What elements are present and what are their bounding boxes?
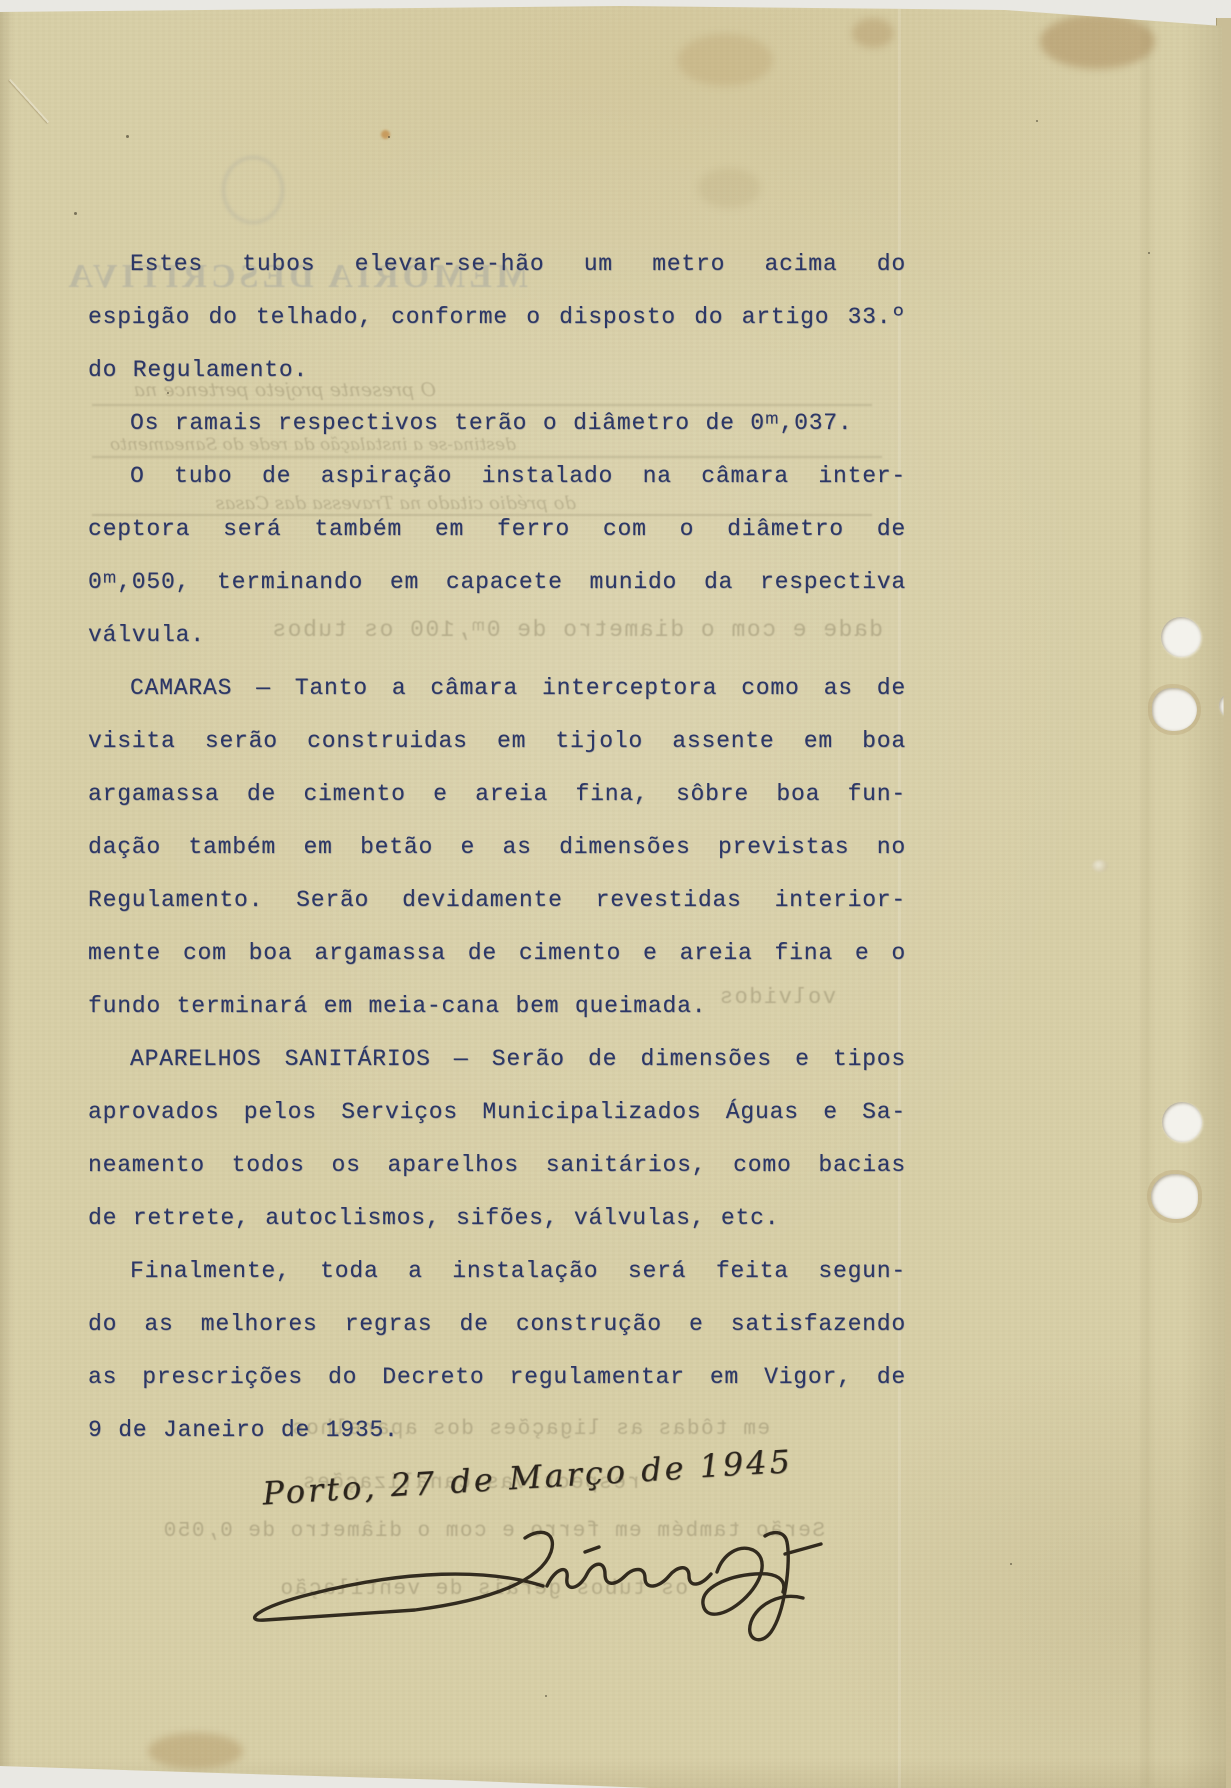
stain bbox=[1040, 14, 1155, 69]
typed-line: dação também em betão e as dimensões pre… bbox=[88, 821, 906, 874]
typed-line: Regulamento. Serão devidamente revestida… bbox=[88, 874, 906, 927]
typed-line: ceptora será também em ferro com o diâme… bbox=[88, 503, 906, 556]
typed-line: do as melhores regras de construção e sa… bbox=[88, 1298, 906, 1351]
paper-streak bbox=[1142, 0, 1151, 1788]
paper-sheet: MEMÓRIA DESCRITIVAO presente projeto per… bbox=[0, 0, 1231, 1788]
typed-line: Estes tubos elevar-se-hão um metro acima… bbox=[88, 238, 906, 291]
typed-line: argamassa de cimento e areia fina, sôbre… bbox=[88, 768, 906, 821]
typed-line: Finalmente, toda a instalação será feita… bbox=[88, 1245, 906, 1298]
typed-line: Os ramais respectivos terão o diâmetro d… bbox=[88, 397, 906, 450]
typed-line: neamento todos os aparelhos sanitários, … bbox=[88, 1139, 906, 1192]
crease-mark bbox=[9, 79, 49, 123]
stamp-ghost-circle bbox=[222, 156, 284, 224]
typed-line: O tubo de aspiração instalado na câmara … bbox=[88, 450, 906, 503]
punch-hole bbox=[1151, 1174, 1198, 1219]
typed-line: fundo terminará em meia-cana bem queimad… bbox=[88, 980, 906, 1033]
stain bbox=[678, 34, 773, 86]
typed-line: APARELHOS SANITÁRIOS — Serão de dimensõe… bbox=[88, 1033, 906, 1086]
signature bbox=[225, 1528, 825, 1648]
typed-line: CAMARAS — Tanto a câmara interceptora co… bbox=[88, 662, 906, 715]
typed-line: aprovados pelos Serviços Municipalizados… bbox=[88, 1086, 906, 1139]
speck bbox=[545, 1695, 547, 1697]
speck bbox=[1036, 120, 1038, 122]
typed-line: de retrete, autoclismos, sifões, válvula… bbox=[88, 1192, 906, 1245]
stain bbox=[698, 168, 760, 208]
speck bbox=[1010, 1563, 1012, 1565]
typed-line: do Regulamento. bbox=[88, 344, 906, 397]
speck bbox=[74, 212, 77, 215]
typed-line: mente com boa argamassa de cimento e are… bbox=[88, 927, 906, 980]
punch-hole bbox=[1161, 617, 1201, 657]
typed-line: visita serão construidas em tijolo assen… bbox=[88, 715, 906, 768]
typed-line: as prescrições do Decreto regulamentar e… bbox=[88, 1351, 906, 1404]
typed-line: 0ᵐ,050, terminando em capacete munido da… bbox=[88, 556, 906, 609]
stain bbox=[148, 1733, 243, 1769]
speck bbox=[1148, 252, 1150, 254]
scanned-document-page: { "document": { "language": "pt", "color… bbox=[0, 0, 1231, 1788]
stain bbox=[852, 18, 894, 48]
speck bbox=[126, 135, 129, 138]
typed-line: válvula. bbox=[88, 609, 906, 662]
typed-line: espigão do telhado, conforme o disposto … bbox=[88, 291, 906, 344]
punch-hole bbox=[1152, 688, 1197, 731]
speck bbox=[388, 136, 390, 138]
speck bbox=[167, 392, 169, 394]
typed-text-block: Estes tubos elevar-se-hão um metro acima… bbox=[88, 238, 906, 1457]
punch-hole bbox=[1162, 1102, 1202, 1142]
paper-dent bbox=[1092, 860, 1108, 872]
